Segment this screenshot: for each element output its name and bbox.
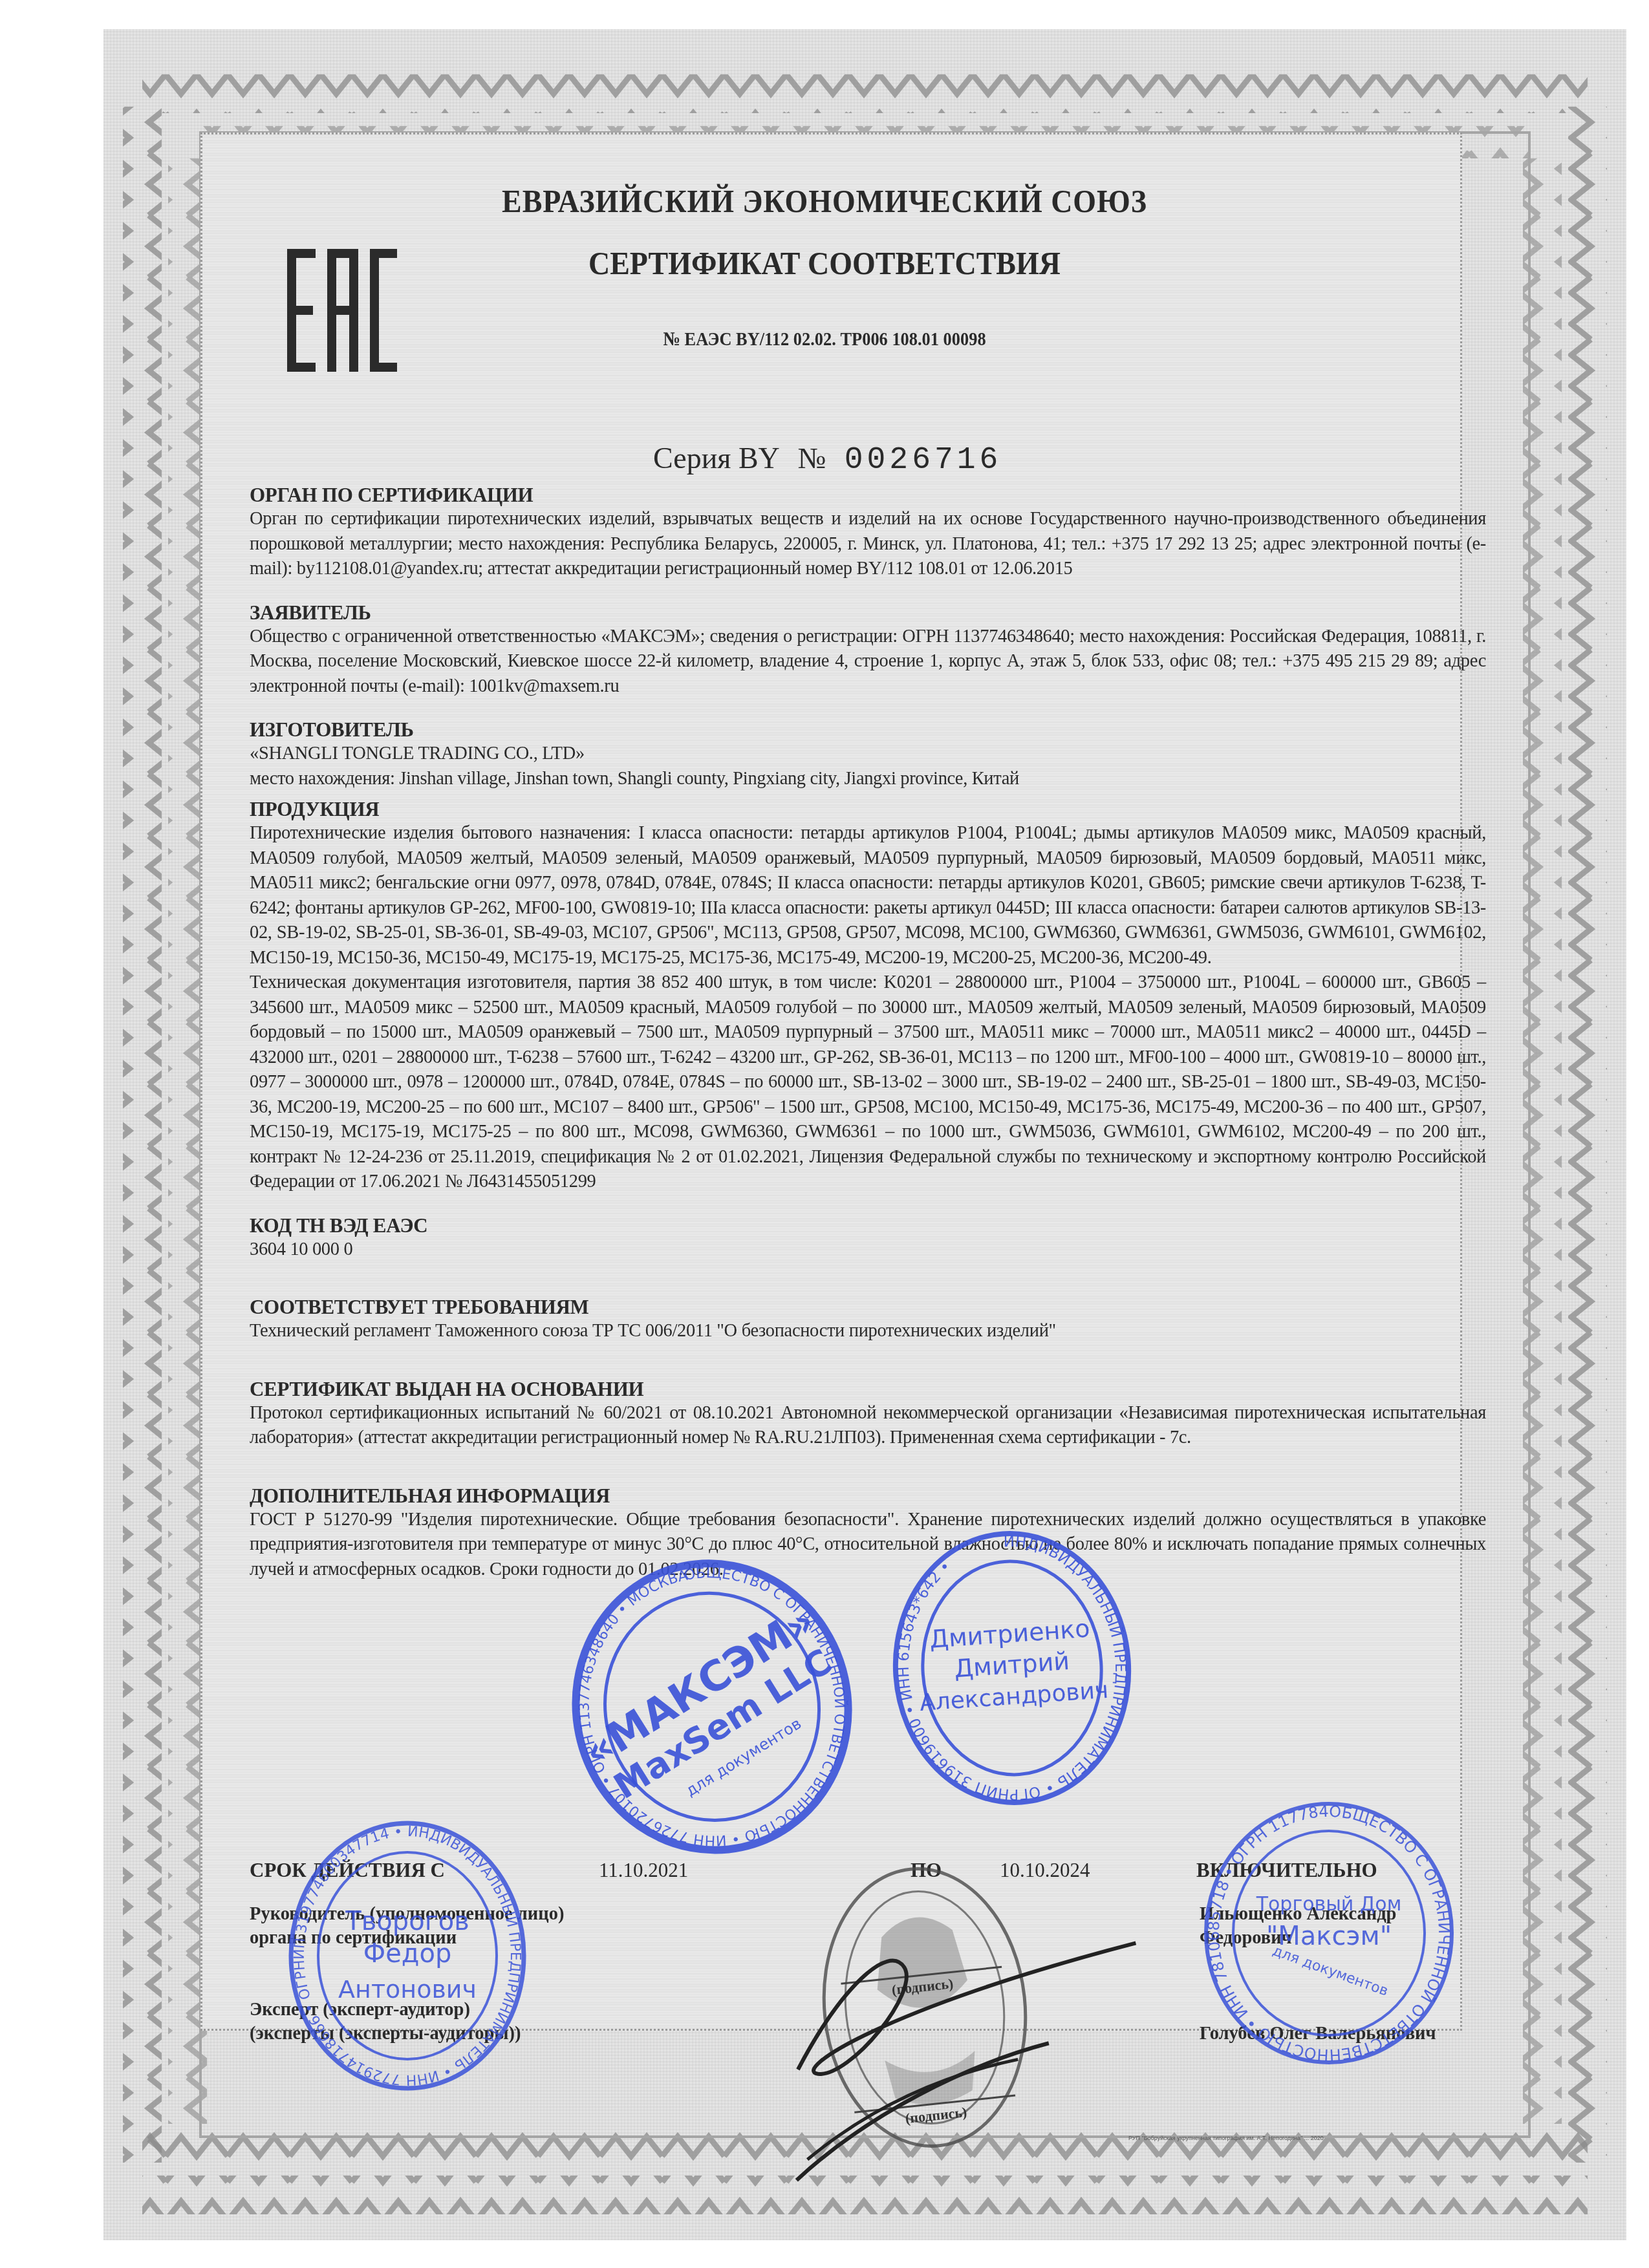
certificate-number: № ЕАЭС BY/112 02.02. ТР006 108.01 00098 [99, 328, 1550, 350]
series-value: 0026716 [845, 443, 1002, 478]
additional-text: ГОСТ Р 51270-99 "Изделия пиротехнические… [250, 1508, 1486, 1583]
products-documentation-text: Техническая документация изготовителя, п… [250, 970, 1486, 1195]
section-title-applicant: ЗАЯВИТЕЛЬ [250, 601, 1486, 625]
manufacturer-name: «SHANGLI TONGLE TRADING CO., LTD» [250, 742, 1486, 767]
products-text: Пиротехнические изделия бытового назначе… [250, 821, 1486, 970]
torgovy-dom-maxsem-stamp: ОБЩЕСТВО С ОГРАНИЧЕННОЙ ОТВЕТСТВЕННОСТЬЮ… [1200, 1797, 1458, 2069]
svg-text:Федор: Федор [363, 1939, 452, 1969]
manufacturer-address: место нахождения: Jinshan village, Jinsh… [250, 767, 1486, 792]
svg-text:для документов: для документов [1270, 1943, 1390, 2000]
section-title-conforms: СООТВЕТСТВУЕТ ТРЕБОВАНИЯМ [250, 1296, 1486, 1319]
series-no-sign: № [798, 441, 826, 475]
section-title-additional: ДОПОЛНИТЕЛЬНАЯ ИНФОРМАЦИЯ [250, 1484, 1486, 1508]
section-title-hs-code: КОД ТН ВЭД ЕАЭС [250, 1214, 1486, 1237]
applicant-text: Общество с ограниченной ответственностью… [250, 625, 1486, 700]
printer-note: РУП "Бобруйская укрупненная типография и… [1128, 2135, 1324, 2141]
certificate-title: СЕРТИФИКАТ СООТВЕТСТВИЯ [66, 244, 1583, 282]
svg-text:Дмитрий: Дмитрий [953, 1647, 1070, 1683]
svg-text:Торговый Дом: Торговый Дом [1256, 1893, 1402, 1916]
belarus-seal-stamp: (подпись) (подпись) [803, 1852, 1046, 2163]
conforms-text: Технический регламент Таможенного союза … [250, 1319, 1486, 1344]
dmitrienko-stamp: ИНДИВИДУАЛЬНЫЙ ПРЕДПРИНИМАТЕЛЬ • ОГРНИП … [879, 1517, 1145, 1818]
svg-text:Творогов: Творогов [345, 1907, 469, 1936]
section-title-manufacturer: ИЗГОТОВИТЕЛЬ [250, 718, 1486, 742]
svg-text:(подпись): (подпись) [905, 2104, 968, 2126]
certificate-content: ОРГАН ПО СЕРТИФИКАЦИИ Орган по сертифика… [250, 484, 1486, 1582]
svg-text:Александрович: Александрович [919, 1677, 1110, 1717]
series-label: Серия BY [653, 441, 780, 475]
svg-text:Антонович: Антонович [338, 1975, 477, 2004]
union-title: ЕВРАЗИЙСКИЙ ЭКОНОМИЧЕСКИЙ СОЮЗ [66, 182, 1583, 220]
section-title-basis: СЕРТИФИКАТ ВЫДАН НА ОСНОВАНИИ [250, 1378, 1486, 1401]
section-title-products: ПРОДУКЦИЯ [250, 798, 1486, 821]
section-title-certification-body: ОРГАН ПО СЕРТИФИКАЦИИ [250, 484, 1486, 507]
tvorogov-stamp: ИНДИВИДУАЛЬНЫЙ ПРЕДПРИНИМАТЕЛЬ • ИНН 772… [285, 1817, 530, 2095]
basis-text: Протокол сертификационных испытаний № 60… [250, 1401, 1486, 1451]
hs-code-value: 3604 10 000 0 [250, 1237, 1486, 1263]
series-number: Серия BY № 0026716 [653, 441, 1002, 478]
certification-body-text: Орган по сертификации пиротехнических из… [250, 507, 1486, 582]
